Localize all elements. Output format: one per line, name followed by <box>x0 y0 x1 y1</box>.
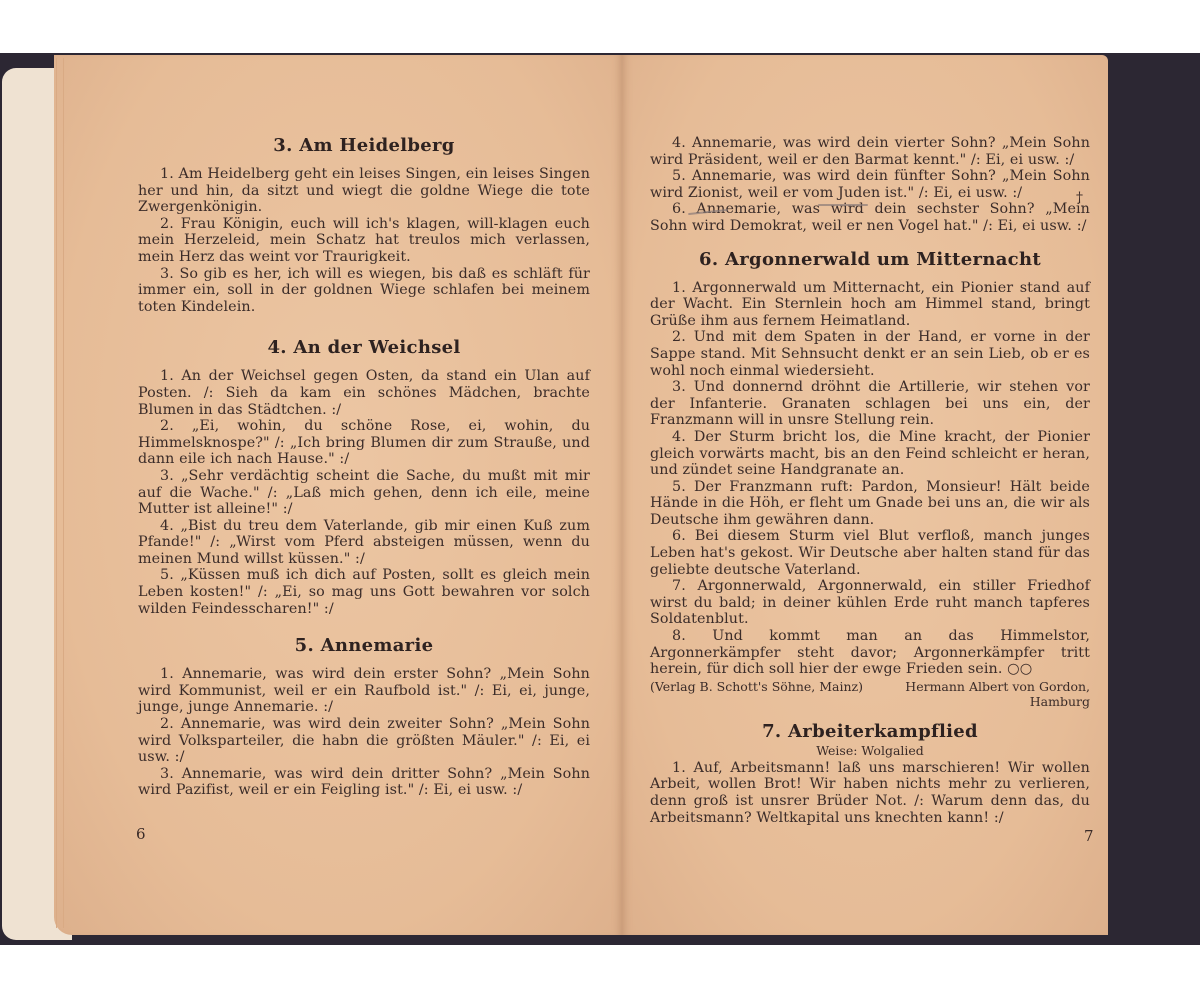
verse: 2. Und mit dem Spaten in der Hand, er vo… <box>650 329 1090 379</box>
song-credit: (Verlag B. Schott's Söhne, Mainz) Herman… <box>650 679 1090 709</box>
publisher-credit: (Verlag B. Schott's Söhne, Mainz) <box>650 679 863 709</box>
song-title-argonnerwald: 6. Argonnerwald um Mitternacht <box>650 249 1090 270</box>
song-title-heidelberg: 3. Am Heidelberg <box>138 135 590 156</box>
song-melody-note: Weise: Wolgalied <box>650 743 1090 758</box>
verse: 1. Am Heidelberg geht ein leises Singen,… <box>138 166 590 216</box>
verse: 5. „Küssen muß ich dich auf Posten, soll… <box>138 567 590 617</box>
verse: 4. „Bist du treu dem Vaterlande, gib mir… <box>138 518 590 568</box>
right-page: 4. Annemarie, was wird dein vierter Sohn… <box>622 55 1108 935</box>
author-name: Hermann Albert von Gordon, <box>905 679 1090 694</box>
verse: 3. Und donnernd dröhnt die Artillerie, w… <box>650 379 1090 429</box>
verse: 6. Bei diesem Sturm viel Blut verfloß, m… <box>650 528 1090 578</box>
verse: 8. Und kommt man an das Himmelstor, Argo… <box>650 628 1090 678</box>
verse: 1. Annemarie, was wird dein erster Sohn?… <box>138 666 590 716</box>
left-page: 3. Am Heidelberg 1. Am Heidelberg geht e… <box>54 55 622 935</box>
verse: 2. Annemarie, was wird dein zweiter Sohn… <box>138 716 590 766</box>
verse: 7. Argonnerwald, Argonnerwald, ein still… <box>650 578 1090 628</box>
song-title-weichsel: 4. An der Weichsel <box>138 337 590 358</box>
verse: 6. Annemarie, was wird dein sechster Soh… <box>650 201 1090 234</box>
verse: 1. An der Weichsel gegen Osten, da stand… <box>138 368 590 418</box>
verse: 3. Annemarie, was wird dein dritter Sohn… <box>138 766 590 799</box>
right-page-column: 4. Annemarie, was wird dein vierter Sohn… <box>650 135 1090 826</box>
page-edge-lines <box>56 58 64 928</box>
author-city: Hamburg <box>1030 694 1090 709</box>
song-title-arbeiterkampflied: 7. Arbeiterkampflied <box>650 721 1090 742</box>
page-number-left: 6 <box>136 825 146 843</box>
verse: 1. Argonnerwald um Mitternacht, ein Pion… <box>650 280 1090 330</box>
handwritten-dagger-mark: † <box>1076 190 1083 206</box>
verse: 2. „Ei, wohin, du schöne Rose, ei, wohin… <box>138 418 590 468</box>
verse: 2. Frau Königin, euch will ich's klagen,… <box>138 216 590 266</box>
author-credit: Hermann Albert von Gordon, Hamburg <box>905 679 1090 709</box>
pencil-underline <box>818 204 868 206</box>
verse: 5. Der Franzmann ruft: Pardon, Monsieur!… <box>650 479 1090 529</box>
verse: 3. „Sehr verdächtig scheint die Sache, d… <box>138 468 590 518</box>
verse: 1. Auf, Arbeitsmann! laß uns marschieren… <box>650 760 1090 826</box>
song-title-annemarie: 5. Annemarie <box>138 635 590 656</box>
verse: 4. Der Sturm bricht los, die Mine kracht… <box>650 429 1090 479</box>
page-number-right: 7 <box>1084 827 1094 845</box>
verse: 4. Annemarie, was wird dein vierter Sohn… <box>650 135 1090 168</box>
left-page-column: 3. Am Heidelberg 1. Am Heidelberg geht e… <box>138 135 590 799</box>
verse: 3. So gib es her, ich will es wiegen, bi… <box>138 266 590 316</box>
verse: 5. Annemarie, was wird dein fünfter Sohn… <box>650 168 1090 201</box>
